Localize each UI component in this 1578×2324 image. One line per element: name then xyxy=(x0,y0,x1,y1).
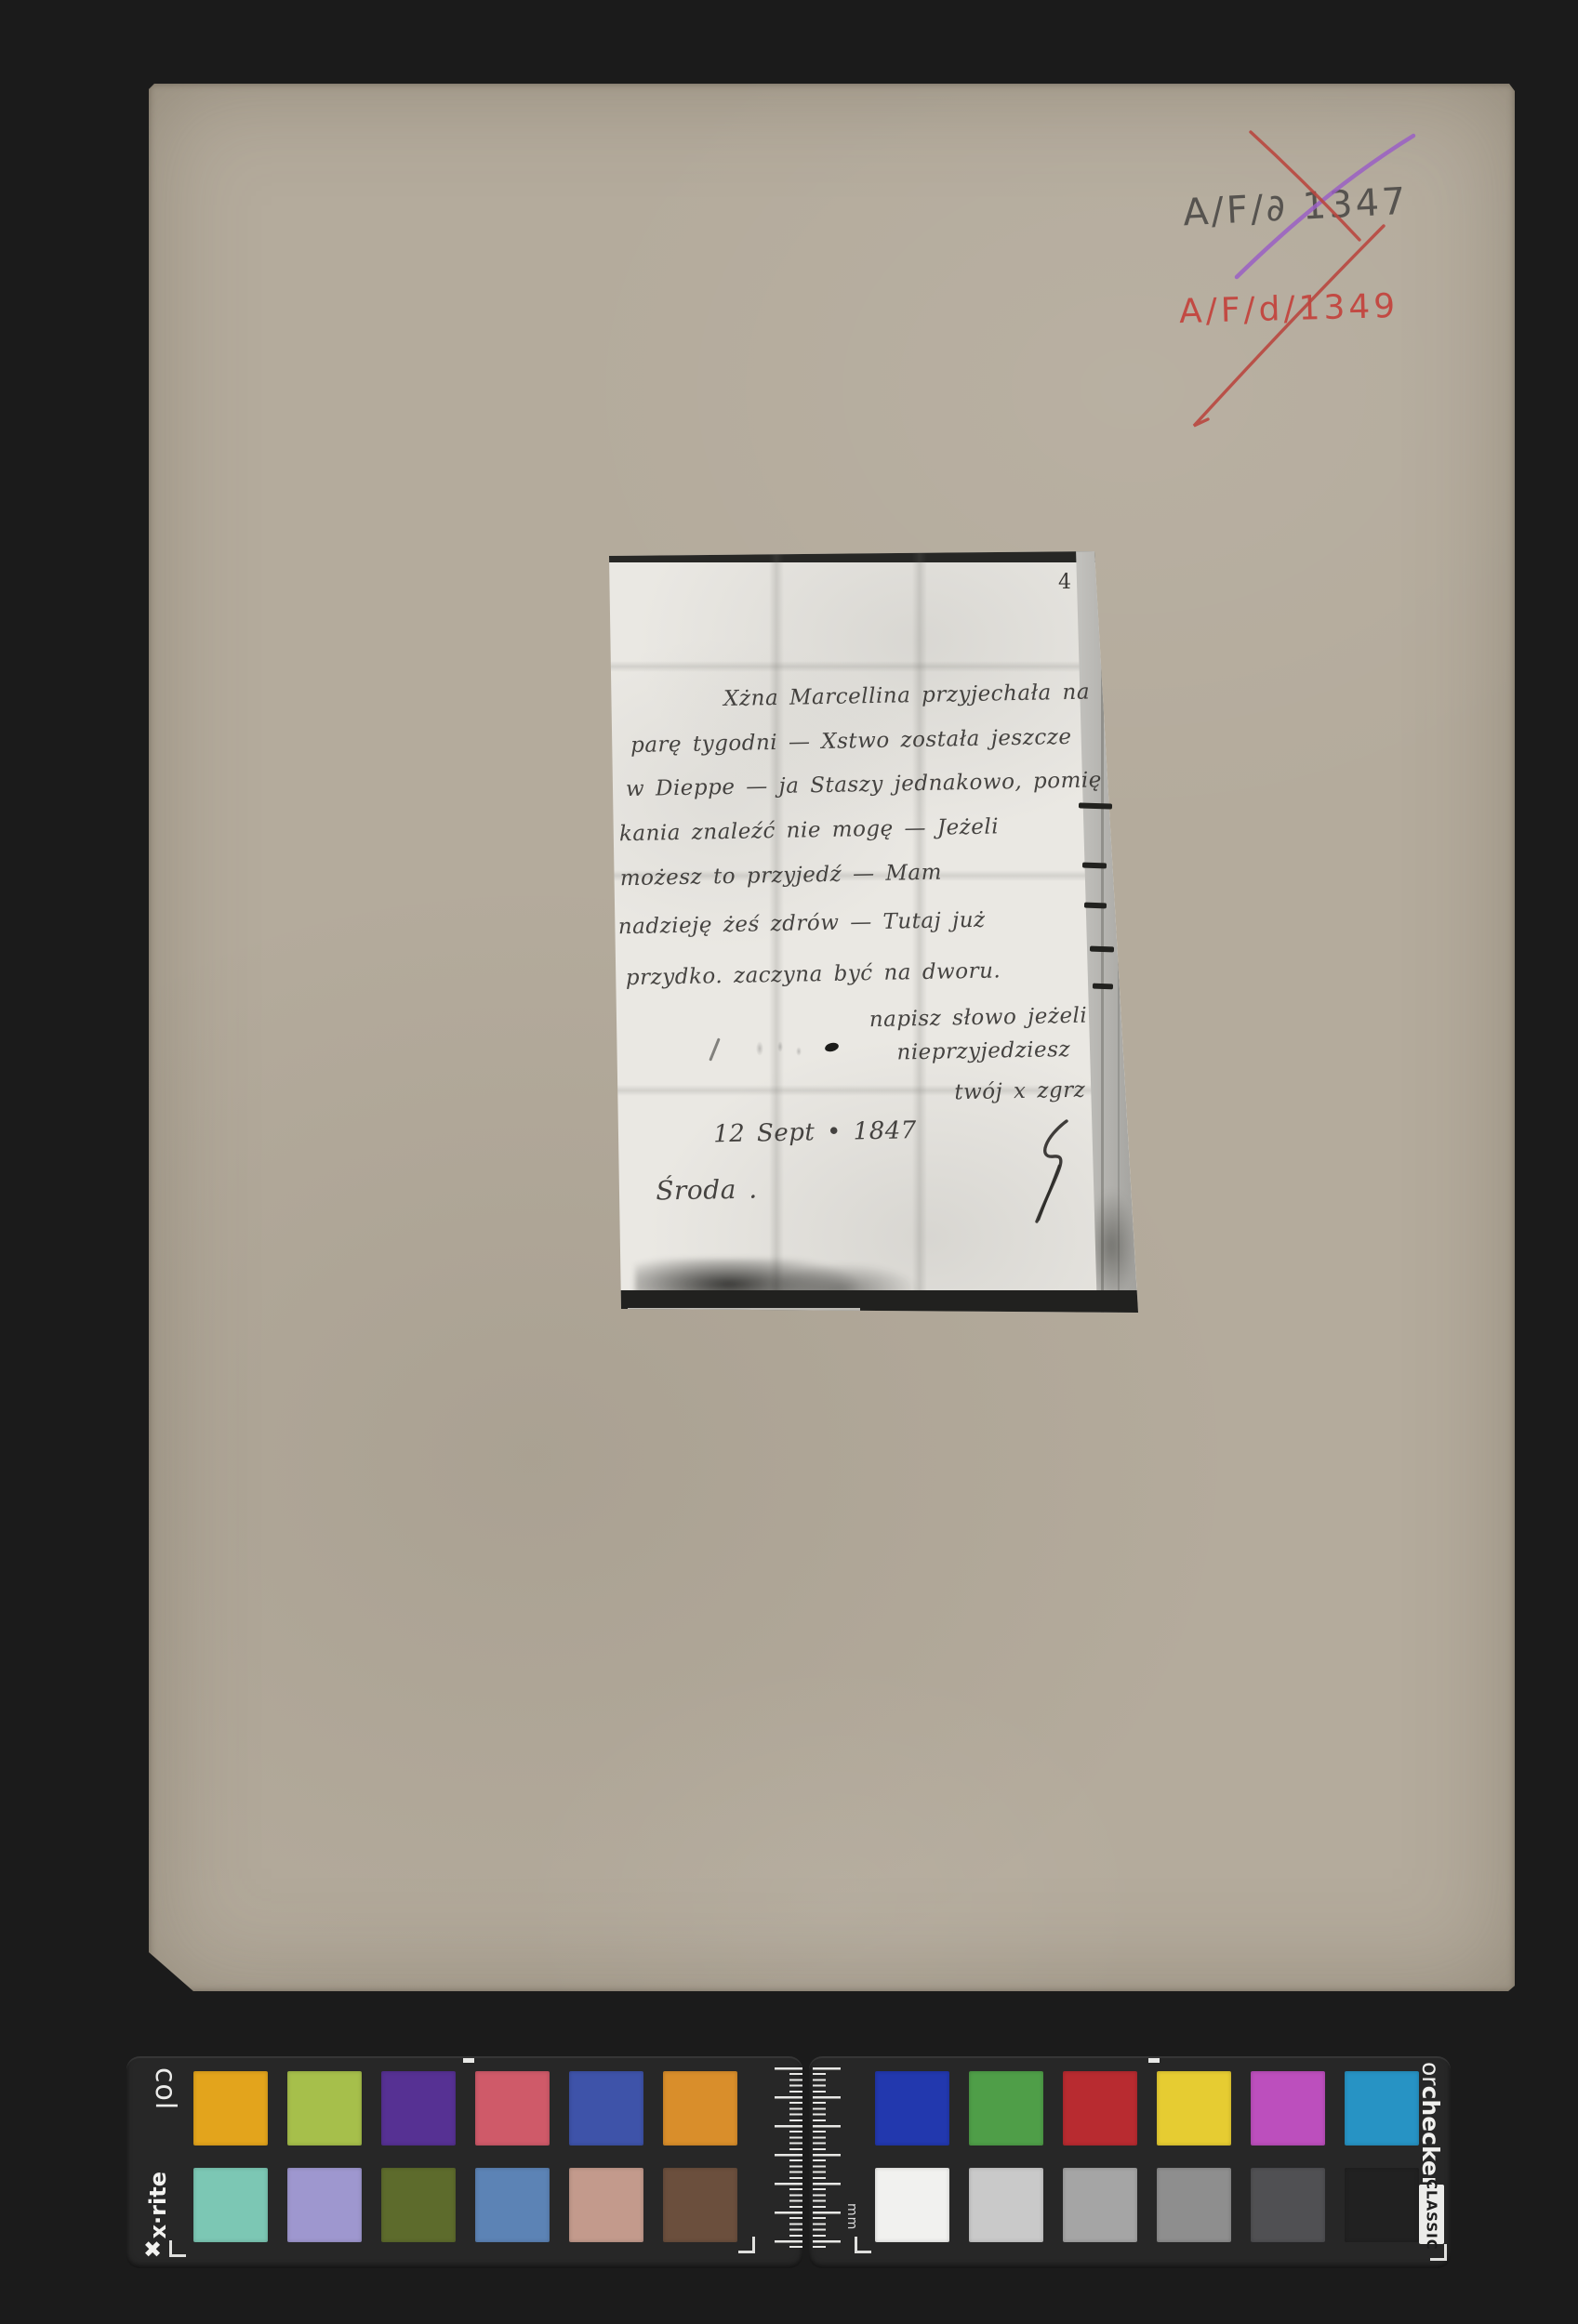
binding-mark xyxy=(1090,946,1114,953)
cross-out-strokes xyxy=(1153,74,1544,465)
patch-foliage xyxy=(381,2168,456,2242)
letter-date-line: 12 Sept • 1847 xyxy=(713,1116,917,1148)
patch-blue xyxy=(875,2071,949,2146)
letter-line: Xżna Marcellina przyjechała na xyxy=(723,680,1090,711)
patch-white xyxy=(875,2168,949,2242)
patch-black xyxy=(1345,2168,1419,2242)
colorchecker-brand-checker: orchecker xyxy=(1417,2062,1444,2187)
patch-purplish-blue xyxy=(569,2071,643,2146)
colorchecker-brand-col: col xyxy=(149,2067,181,2110)
patch-neutral-8 xyxy=(969,2168,1043,2242)
binding-mark xyxy=(1079,802,1112,809)
patch-moderate-red xyxy=(475,2071,550,2146)
mm-ruler xyxy=(813,2067,841,2250)
binding-mark xyxy=(1084,903,1107,909)
patch-purple xyxy=(381,2071,456,2146)
patch-bluish-green xyxy=(193,2168,268,2242)
patch-red xyxy=(1063,2071,1137,2146)
letter-closing-line: twój x zgrz xyxy=(954,1078,1085,1105)
letter-day-line: Środa . xyxy=(656,1173,758,1206)
archival-scan: A/F/∂ 1347 A/F/d/1349 4 Xżna Marcellina … xyxy=(0,0,1578,2324)
colorchecker-right-piece: mm orchecker CLASSIC xyxy=(809,2056,1451,2268)
corner-mark xyxy=(738,2237,755,2253)
letter-line: w Dieppe — ja Staszy jednakowo, pomię xyxy=(626,768,1102,801)
letter-photograph: 4 Xżna Marcellina przyjechała na parę ty… xyxy=(609,548,1139,1314)
mm-label: mm xyxy=(844,2203,859,2230)
letter-line: możesz to przyjedź — Mam xyxy=(620,861,943,891)
patch-neutral-6-5 xyxy=(1063,2168,1137,2242)
signature-flourish xyxy=(1016,1117,1081,1229)
registration-tick xyxy=(1148,2058,1160,2063)
colorchecker-left-piece: col x·rite ✖ xyxy=(126,2056,802,2268)
patch-orange xyxy=(663,2071,737,2146)
patch-light-skin xyxy=(569,2168,643,2242)
patch-neutral-5 xyxy=(1157,2168,1231,2242)
classic-badge: CLASSIC xyxy=(1419,2185,1444,2244)
patch-yellow-green xyxy=(287,2071,362,2146)
xrite-wordmark: x·rite xyxy=(145,2172,171,2238)
patch-yellow xyxy=(1157,2071,1231,2146)
patch-dark-skin xyxy=(663,2168,737,2242)
ink-smudge xyxy=(749,1039,814,1058)
brand-light-part: or xyxy=(1417,2062,1444,2086)
binding-mark xyxy=(1093,984,1113,990)
purple-cross-stroke xyxy=(1237,136,1413,277)
letter-line: parę tygodni — Xstwo została jeszcze xyxy=(630,725,1072,758)
brand-bold-part: checker xyxy=(1417,2086,1444,2188)
corner-mark xyxy=(855,2237,871,2253)
letter-line: nieprzyjedziesz xyxy=(896,1037,1070,1065)
corner-mark xyxy=(169,2240,186,2257)
letter-line: kania znaleźć nie mogę — Jeżeli xyxy=(619,814,1000,846)
letter-line: przydko. zaczyna być na dworu. xyxy=(626,958,1001,990)
patch-cyan xyxy=(1345,2071,1419,2146)
patch-magenta xyxy=(1251,2071,1325,2146)
binding-mark xyxy=(1082,863,1107,869)
letter-line: nadzieję żeś zdrów — Tutaj już xyxy=(618,908,986,940)
registration-tick xyxy=(463,2058,474,2063)
patch-blue-flower xyxy=(287,2168,362,2242)
patch-green xyxy=(969,2071,1043,2146)
red-cross-stroke-2 xyxy=(1194,226,1384,426)
xrite-logo-icon: ✖ xyxy=(143,2237,162,2263)
corner-mark xyxy=(1430,2244,1447,2261)
mm-ruler xyxy=(775,2067,802,2250)
patch-orange-yellow xyxy=(193,2071,268,2146)
patch-blue-sky xyxy=(475,2168,550,2242)
letter-line: napisz słowo jeżeli xyxy=(869,1004,1088,1032)
patch-neutral-3-5 xyxy=(1251,2168,1325,2242)
